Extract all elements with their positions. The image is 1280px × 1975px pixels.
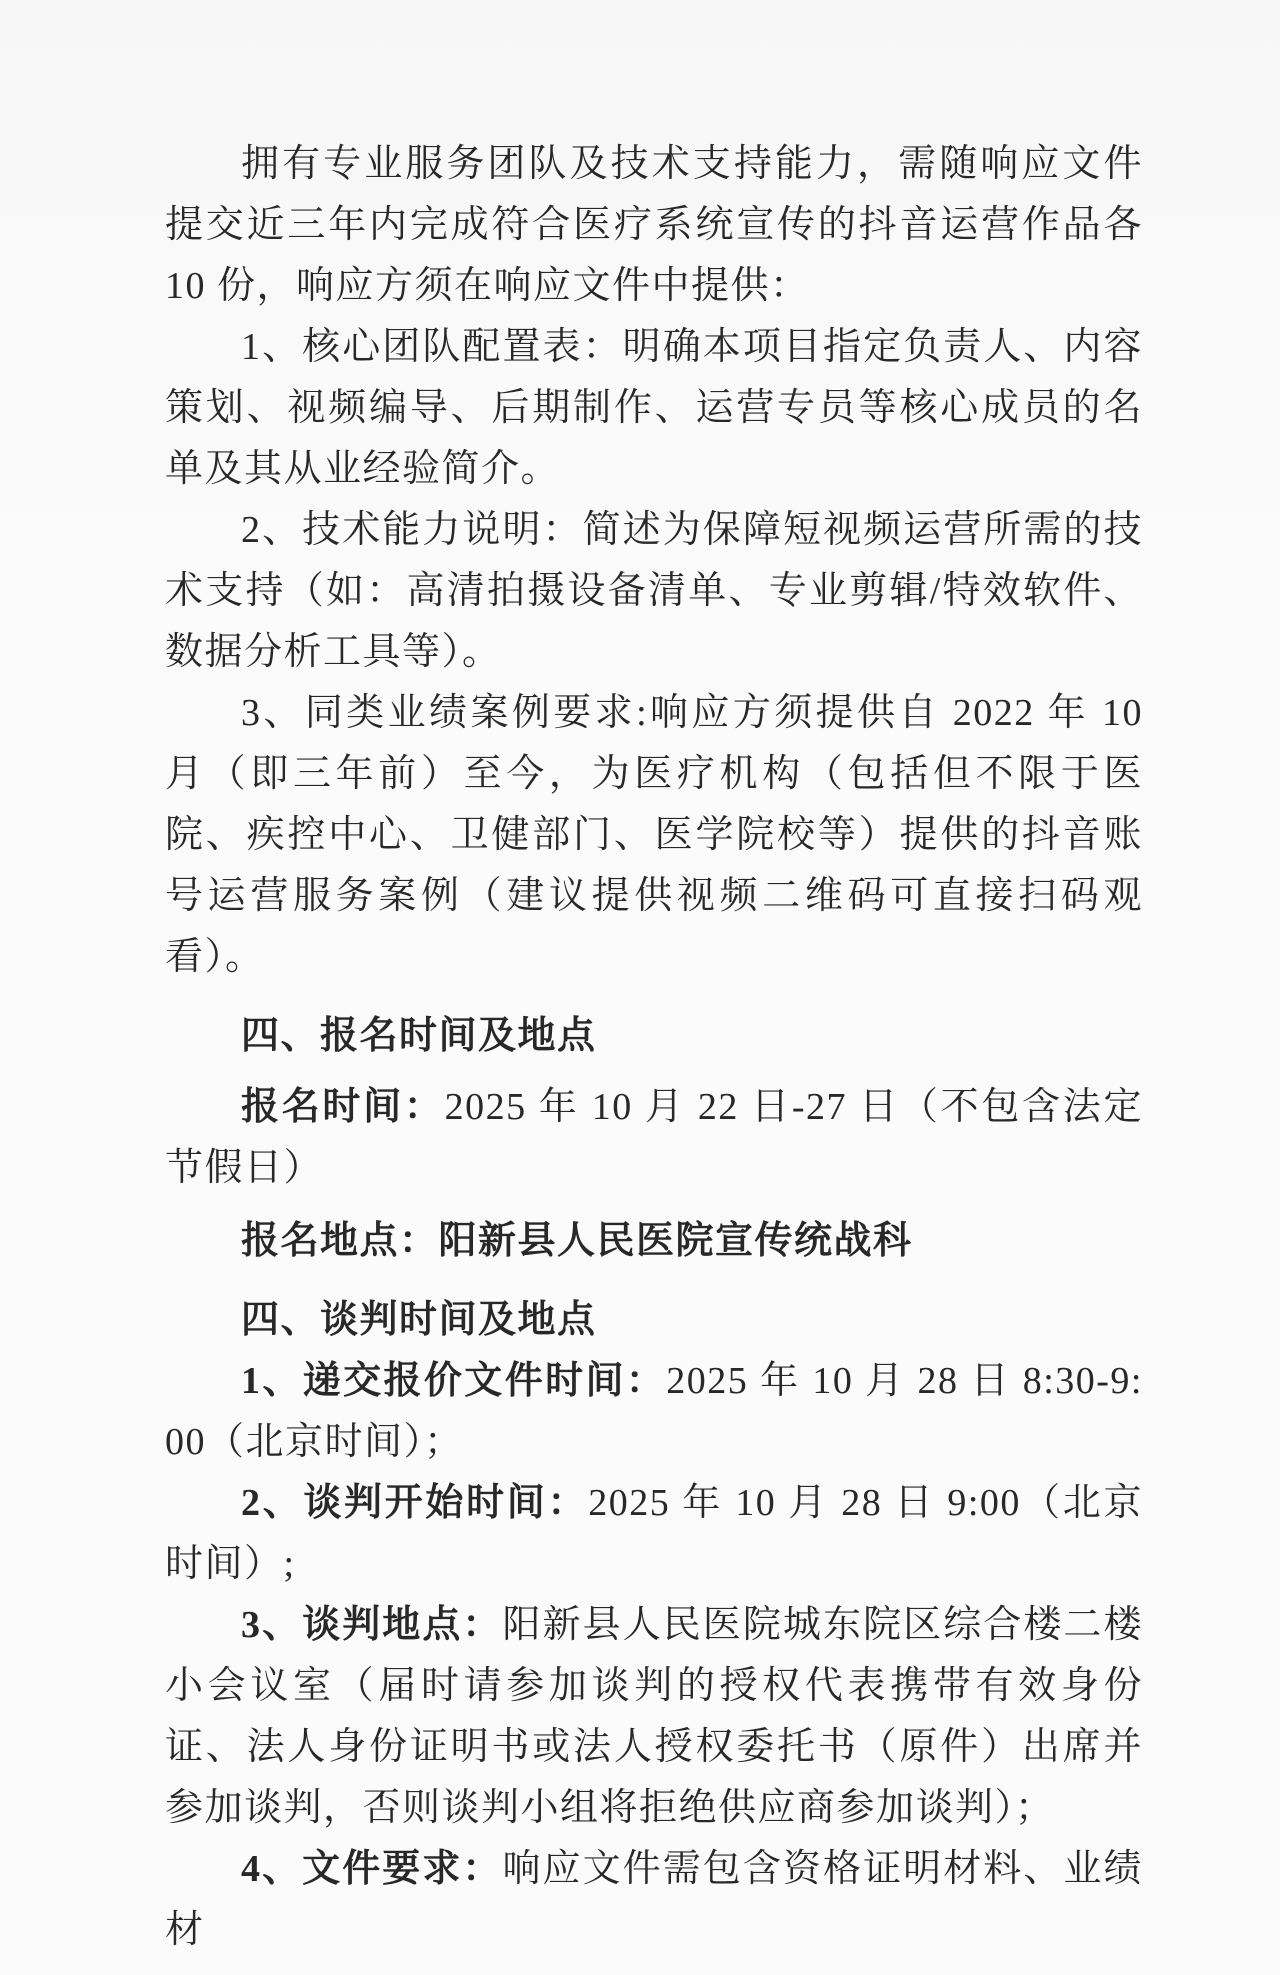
paragraph-negotiation-start-time: 2、谈判开始时间：2025 年 10 月 28 日 9:00（北京时间）; <box>165 1473 1143 1595</box>
paragraph-core-team: 1、核心团队配置表：明确本项目指定负责人、内容策划、视频编导、后期制作、运营专员… <box>165 317 1143 500</box>
paragraph-negotiation-place: 3、谈判地点：阳新县人民医院城东院区综合楼二楼小会议室（届时请参加谈判的授权代表… <box>165 1595 1143 1839</box>
paragraph-quote-submission-time: 1、递交报价文件时间：2025 年 10 月 28 日 8:30-9:00（北京… <box>165 1351 1143 1473</box>
heading-negotiation-time-place: 四、谈判时间及地点 <box>165 1290 1143 1351</box>
scanned-document-page: 拥有专业服务团队及技术支持能力，需随响应文件提交近三年内完成符合医疗系统宣传的抖… <box>0 0 1280 1975</box>
paragraph-registration-place: 报名地点：阳新县人民医院宣传统战科 <box>165 1211 1143 1272</box>
paragraph-qualification-intro: 拥有专业服务团队及技术支持能力，需随响应文件提交近三年内完成符合医疗系统宣传的抖… <box>165 134 1143 317</box>
paragraph-track-record: 3、同类业绩案例要求:响应方须提供自 2022 年 10 月（即三年前）至今，为… <box>165 683 1143 988</box>
heading-registration-time-place: 四、报名时间及地点 <box>165 1006 1143 1067</box>
paragraph-tech-capability: 2、技术能力说明：简述为保障短视频运营所需的技术支持（如：高清拍摄设备清单、专业… <box>165 500 1143 683</box>
document-requirements-label: 4、文件要求： <box>241 1848 502 1890</box>
negotiation-place-label: 3、谈判地点： <box>241 1604 502 1646</box>
paragraph-document-requirements: 4、文件要求：响应文件需包含资格证明材料、业绩材 <box>165 1839 1143 1961</box>
paragraph-registration-time: 报名时间：2025 年 10 月 22 日-27 日（不包含法定节假日） <box>165 1077 1143 1199</box>
quote-submission-time-label: 1、递交报价文件时间： <box>241 1360 666 1402</box>
registration-time-label: 报名时间： <box>241 1086 445 1128</box>
negotiation-start-time-label: 2、谈判开始时间： <box>241 1482 588 1524</box>
